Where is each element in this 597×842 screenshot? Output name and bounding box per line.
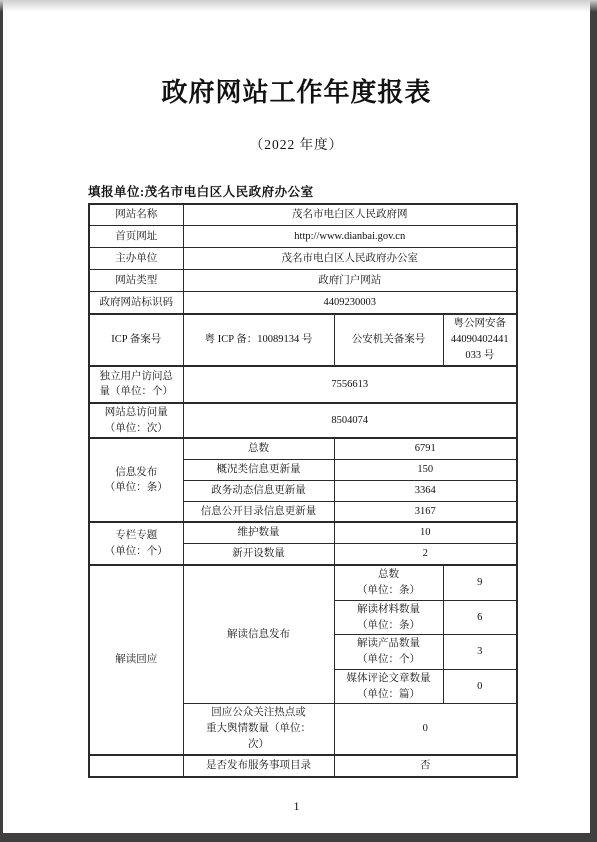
unique-visitors-label: 独立用户访问总 量（单位：个）	[89, 366, 183, 403]
interpretation-total-label: 总数 （单位：条）	[334, 565, 443, 600]
row-special-topics-maintained: 专栏专题 （单位：个） 维护数量 10	[89, 522, 517, 543]
info-release-overview-label: 概况类信息更新量	[183, 459, 334, 480]
service-catalog-label: 是否发布服务事项目录	[183, 755, 334, 777]
organizer-value: 茂名市电白区人民政府办公室	[183, 248, 517, 270]
site-code-value: 4409230003	[183, 292, 517, 314]
row-unique-visitors: 独立用户访问总 量（单位：个） 7556613	[89, 366, 517, 403]
interpretation-media-articles-label: 媒体评论文章数量 （单位：篇）	[334, 669, 443, 704]
hot-response-label: 回应公众关注热点或 重大舆情数量（单位： 次）	[183, 704, 334, 755]
report-title: 政府网站工作年度报表	[3, 78, 590, 108]
row-site-type: 网站类型 政府门户网站	[89, 270, 517, 292]
home-url-label: 首页网址	[89, 226, 183, 248]
unique-visitors-value: 7556613	[183, 366, 517, 403]
report-year-subtitle: （2022 年度）	[3, 133, 590, 153]
interpretation-section-label: 解读回应	[89, 565, 183, 754]
icp-value: 粤 ICP 备：10089134 号	[183, 314, 334, 366]
row-service-catalog: 是否发布服务事项目录 否	[89, 755, 517, 777]
hot-response-value: 0	[334, 704, 517, 755]
row-info-release-total: 信息发布 （单位：条） 总数 6791	[89, 438, 517, 459]
info-release-overview-value: 150	[334, 459, 517, 480]
info-release-gov-news-label: 政务动态信息更新量	[183, 480, 334, 501]
police-filing-label: 公安机关备案号	[334, 314, 443, 366]
total-visits-value: 8504074	[183, 403, 517, 439]
row-interpretation-total: 解读回应 解读信息发布 总数 （单位：条） 9	[89, 565, 517, 600]
service-catalog-empty-cell	[89, 755, 183, 777]
info-release-section-label: 信息发布 （单位：条）	[89, 438, 183, 522]
home-url-value: http://www.dianbai.gov.cn	[183, 226, 517, 248]
row-home-url: 首页网址 http://www.dianbai.gov.cn	[89, 226, 517, 248]
special-topics-section-label: 专栏专题 （单位：个）	[89, 522, 183, 565]
icp-label: ICP 备案号	[89, 314, 183, 366]
total-visits-label: 网站总访问量 （单位：次）	[89, 403, 183, 439]
site-code-label: 政府网站标识码	[89, 292, 183, 314]
reporting-unit-line: 填报单位:茂名市电白区人民政府办公室	[88, 182, 590, 200]
page-number: 1	[3, 799, 590, 814]
interpretation-total-value: 9	[443, 565, 517, 600]
row-organizer: 主办单位 茂名市电白区人民政府办公室	[89, 248, 517, 270]
special-topics-new-label: 新开设数量	[183, 543, 334, 565]
info-release-total-label: 总数	[183, 438, 334, 459]
special-topics-new-value: 2	[334, 543, 517, 565]
interpretation-media-articles-value: 0	[443, 669, 517, 704]
site-name-value: 茂名市电白区人民政府网	[183, 204, 517, 226]
organizer-label: 主办单位	[89, 248, 183, 270]
police-filing-value: 粤公网安备 44090402441 033 号	[443, 314, 517, 366]
site-type-label: 网站类型	[89, 270, 183, 292]
row-total-visits: 网站总访问量 （单位：次） 8504074	[89, 403, 517, 439]
row-site-code: 政府网站标识码 4409230003	[89, 292, 517, 314]
interpretation-materials-value: 6	[443, 600, 517, 635]
info-release-total-value: 6791	[334, 438, 517, 459]
interpretation-release-label: 解读信息发布	[183, 565, 334, 704]
site-name-label: 网站名称	[89, 204, 183, 226]
special-topics-maintained-label: 维护数量	[183, 522, 334, 543]
info-release-open-catalog-label: 信息公开目录信息更新量	[183, 501, 334, 522]
row-site-name: 网站名称 茂名市电白区人民政府网	[89, 204, 517, 226]
interpretation-products-label: 解读产品数量 （单位：个）	[334, 635, 443, 670]
info-release-gov-news-value: 3364	[334, 480, 517, 501]
service-catalog-value: 否	[334, 755, 517, 777]
interpretation-products-value: 3	[443, 635, 517, 670]
interpretation-materials-label: 解读材料数量 （单位：条）	[334, 600, 443, 635]
site-type-value: 政府门户网站	[183, 270, 517, 292]
info-release-open-catalog-value: 3167	[334, 501, 517, 522]
annual-report-table: 网站名称 茂名市电白区人民政府网 首页网址 http://www.dianbai…	[88, 203, 518, 778]
special-topics-maintained-value: 10	[334, 522, 517, 543]
row-icp-filing: ICP 备案号 粤 ICP 备：10089134 号 公安机关备案号 粤公网安备…	[89, 314, 517, 366]
document-page: 政府网站工作年度报表 （2022 年度） 填报单位:茂名市电白区人民政府办公室 …	[3, 0, 590, 833]
